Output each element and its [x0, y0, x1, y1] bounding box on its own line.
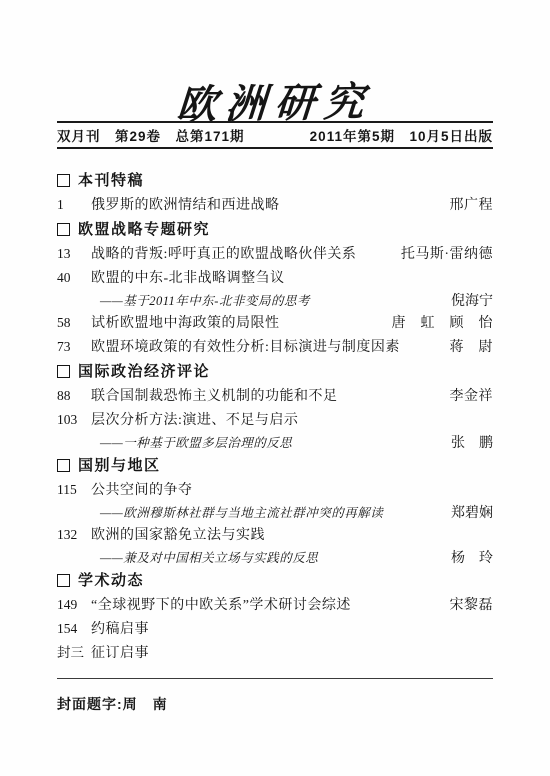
- toc-article: 115 公共空间的争夺: [57, 482, 493, 499]
- toc-subtitle: ——欧洲穆斯林社群与当地主流社群冲突的再解读 郑碧娴: [57, 506, 493, 521]
- section-box-icon: [57, 365, 70, 378]
- toc-article: 154 约稿启事: [57, 621, 493, 638]
- toc-subtitle: ——基于2011年中东-北非变局的思考 倪海宁: [57, 294, 493, 309]
- section-title: 国别与地区: [78, 457, 161, 474]
- journal-toc-page: 欧洲研究 双月刊 第29卷 总第171期 2011年第5期 10月5日出版 本刊…: [0, 0, 550, 776]
- article-authors: 杨 玲: [451, 551, 493, 566]
- issue-info-right: 2011年第5期 10月5日出版: [310, 125, 493, 145]
- page-number: 58: [57, 315, 91, 331]
- article-title: 欧盟的中东-北非战略调整刍议: [91, 271, 485, 287]
- article-title: 欧洲的国家豁免立法与实践: [91, 528, 485, 544]
- table-of-contents: 本刊特稿 1 俄罗斯的欧洲情结和西进战略 邢广程 欧盟战略专题研究 13 战略的…: [57, 170, 493, 669]
- issue-info-bar: 双月刊 第29卷 总第171期 2011年第5期 10月5日出版: [57, 121, 493, 149]
- page-number: 132: [57, 527, 91, 543]
- toc-section: 欧盟战略专题研究: [57, 221, 493, 238]
- page-number: 1: [57, 197, 91, 213]
- subtitle-text: ——一种基于欧盟多层治理的反思: [100, 436, 443, 451]
- issue-info-left: 双月刊 第29卷 总第171期: [57, 125, 245, 145]
- toc-article: 1 俄罗斯的欧洲情结和西进战略 邢广程: [57, 197, 493, 214]
- article-title: 战略的背叛:呼吁真正的欧盟战略伙伴关系: [91, 247, 393, 263]
- toc-article: 103 层次分析方法:演进、不足与启示: [57, 412, 493, 429]
- section-box-icon: [57, 223, 70, 236]
- toc-article: 132 欧洲的国家豁免立法与实践: [57, 527, 493, 544]
- toc-article: 88 联合国制裁恐怖主义机制的功能和不足 李金祥: [57, 388, 493, 405]
- article-title: 层次分析方法:演进、不足与启示: [91, 413, 485, 429]
- section-box-icon: [57, 174, 70, 187]
- article-title: 欧盟环境政策的有效性分析:目标演进与制度因素: [91, 340, 442, 356]
- article-title: 联合国制裁恐怖主义机制的功能和不足: [91, 389, 442, 405]
- article-authors: 邢广程: [450, 198, 494, 214]
- section-box-icon: [57, 574, 70, 587]
- section-title: 欧盟战略专题研究: [78, 221, 210, 238]
- toc-subtitle: ——一种基于欧盟多层治理的反思 张 鹏: [57, 436, 493, 451]
- page-number: 13: [57, 246, 91, 262]
- article-authors: 唐 虹 顾 怡: [392, 316, 494, 332]
- article-authors: 郑碧娴: [451, 506, 493, 521]
- page-number: 154: [57, 621, 91, 637]
- article-authors: 托马斯·雷纳德: [401, 247, 493, 263]
- subtitle-text: ——兼及对中国相关立场与实践的反思: [100, 551, 443, 566]
- article-title: 试析欧盟地中海政策的局限性: [91, 316, 384, 332]
- article-title: 约稿启事: [91, 622, 485, 638]
- subtitle-text: ——欧洲穆斯林社群与当地主流社群冲突的再解读: [100, 506, 443, 521]
- footer-divider: [57, 678, 493, 679]
- toc-article: 73 欧盟环境政策的有效性分析:目标演进与制度因素 蒋 尉: [57, 339, 493, 356]
- article-title: 征订启事: [91, 646, 485, 662]
- subtitle-text: ——基于2011年中东-北非变局的思考: [100, 294, 443, 309]
- toc-section: 国际政治经济评论: [57, 363, 493, 380]
- toc-article: 149 “全球视野下的中欧关系”学术研讨会综述 宋黎磊: [57, 597, 493, 614]
- article-authors: 宋黎磊: [450, 598, 494, 614]
- article-authors: 张 鹏: [451, 436, 493, 451]
- toc-section: 国别与地区: [57, 457, 493, 474]
- article-authors: 李金祥: [450, 389, 494, 405]
- page-number: 封三: [57, 645, 91, 661]
- toc-article: 58 试析欧盟地中海政策的局限性 唐 虹 顾 怡: [57, 315, 493, 332]
- page-number: 88: [57, 388, 91, 404]
- article-title: 公共空间的争夺: [91, 483, 485, 499]
- toc-article: 封三 征订启事: [57, 645, 493, 662]
- toc-section: 本刊特稿: [57, 172, 493, 189]
- page-number: 149: [57, 597, 91, 613]
- toc-section: 学术动态: [57, 572, 493, 589]
- toc-subtitle: ——兼及对中国相关立场与实践的反思 杨 玲: [57, 551, 493, 566]
- article-title: 俄罗斯的欧洲情结和西进战略: [91, 198, 442, 214]
- toc-article: 40 欧盟的中东-北非战略调整刍议: [57, 270, 493, 287]
- article-authors: 倪海宁: [451, 294, 493, 309]
- cover-inscription-note: 封面题字:周 南: [57, 694, 168, 714]
- section-title: 本刊特稿: [78, 172, 144, 189]
- section-title: 国际政治经济评论: [78, 363, 210, 380]
- toc-article: 13 战略的背叛:呼吁真正的欧盟战略伙伴关系 托马斯·雷纳德: [57, 246, 493, 263]
- page-number: 40: [57, 270, 91, 286]
- section-box-icon: [57, 459, 70, 472]
- article-authors: 蒋 尉: [450, 340, 494, 356]
- page-number: 115: [57, 482, 91, 498]
- page-number: 73: [57, 339, 91, 355]
- article-title: “全球视野下的中欧关系”学术研讨会综述: [91, 598, 442, 614]
- section-title: 学术动态: [78, 572, 144, 589]
- page-number: 103: [57, 412, 91, 428]
